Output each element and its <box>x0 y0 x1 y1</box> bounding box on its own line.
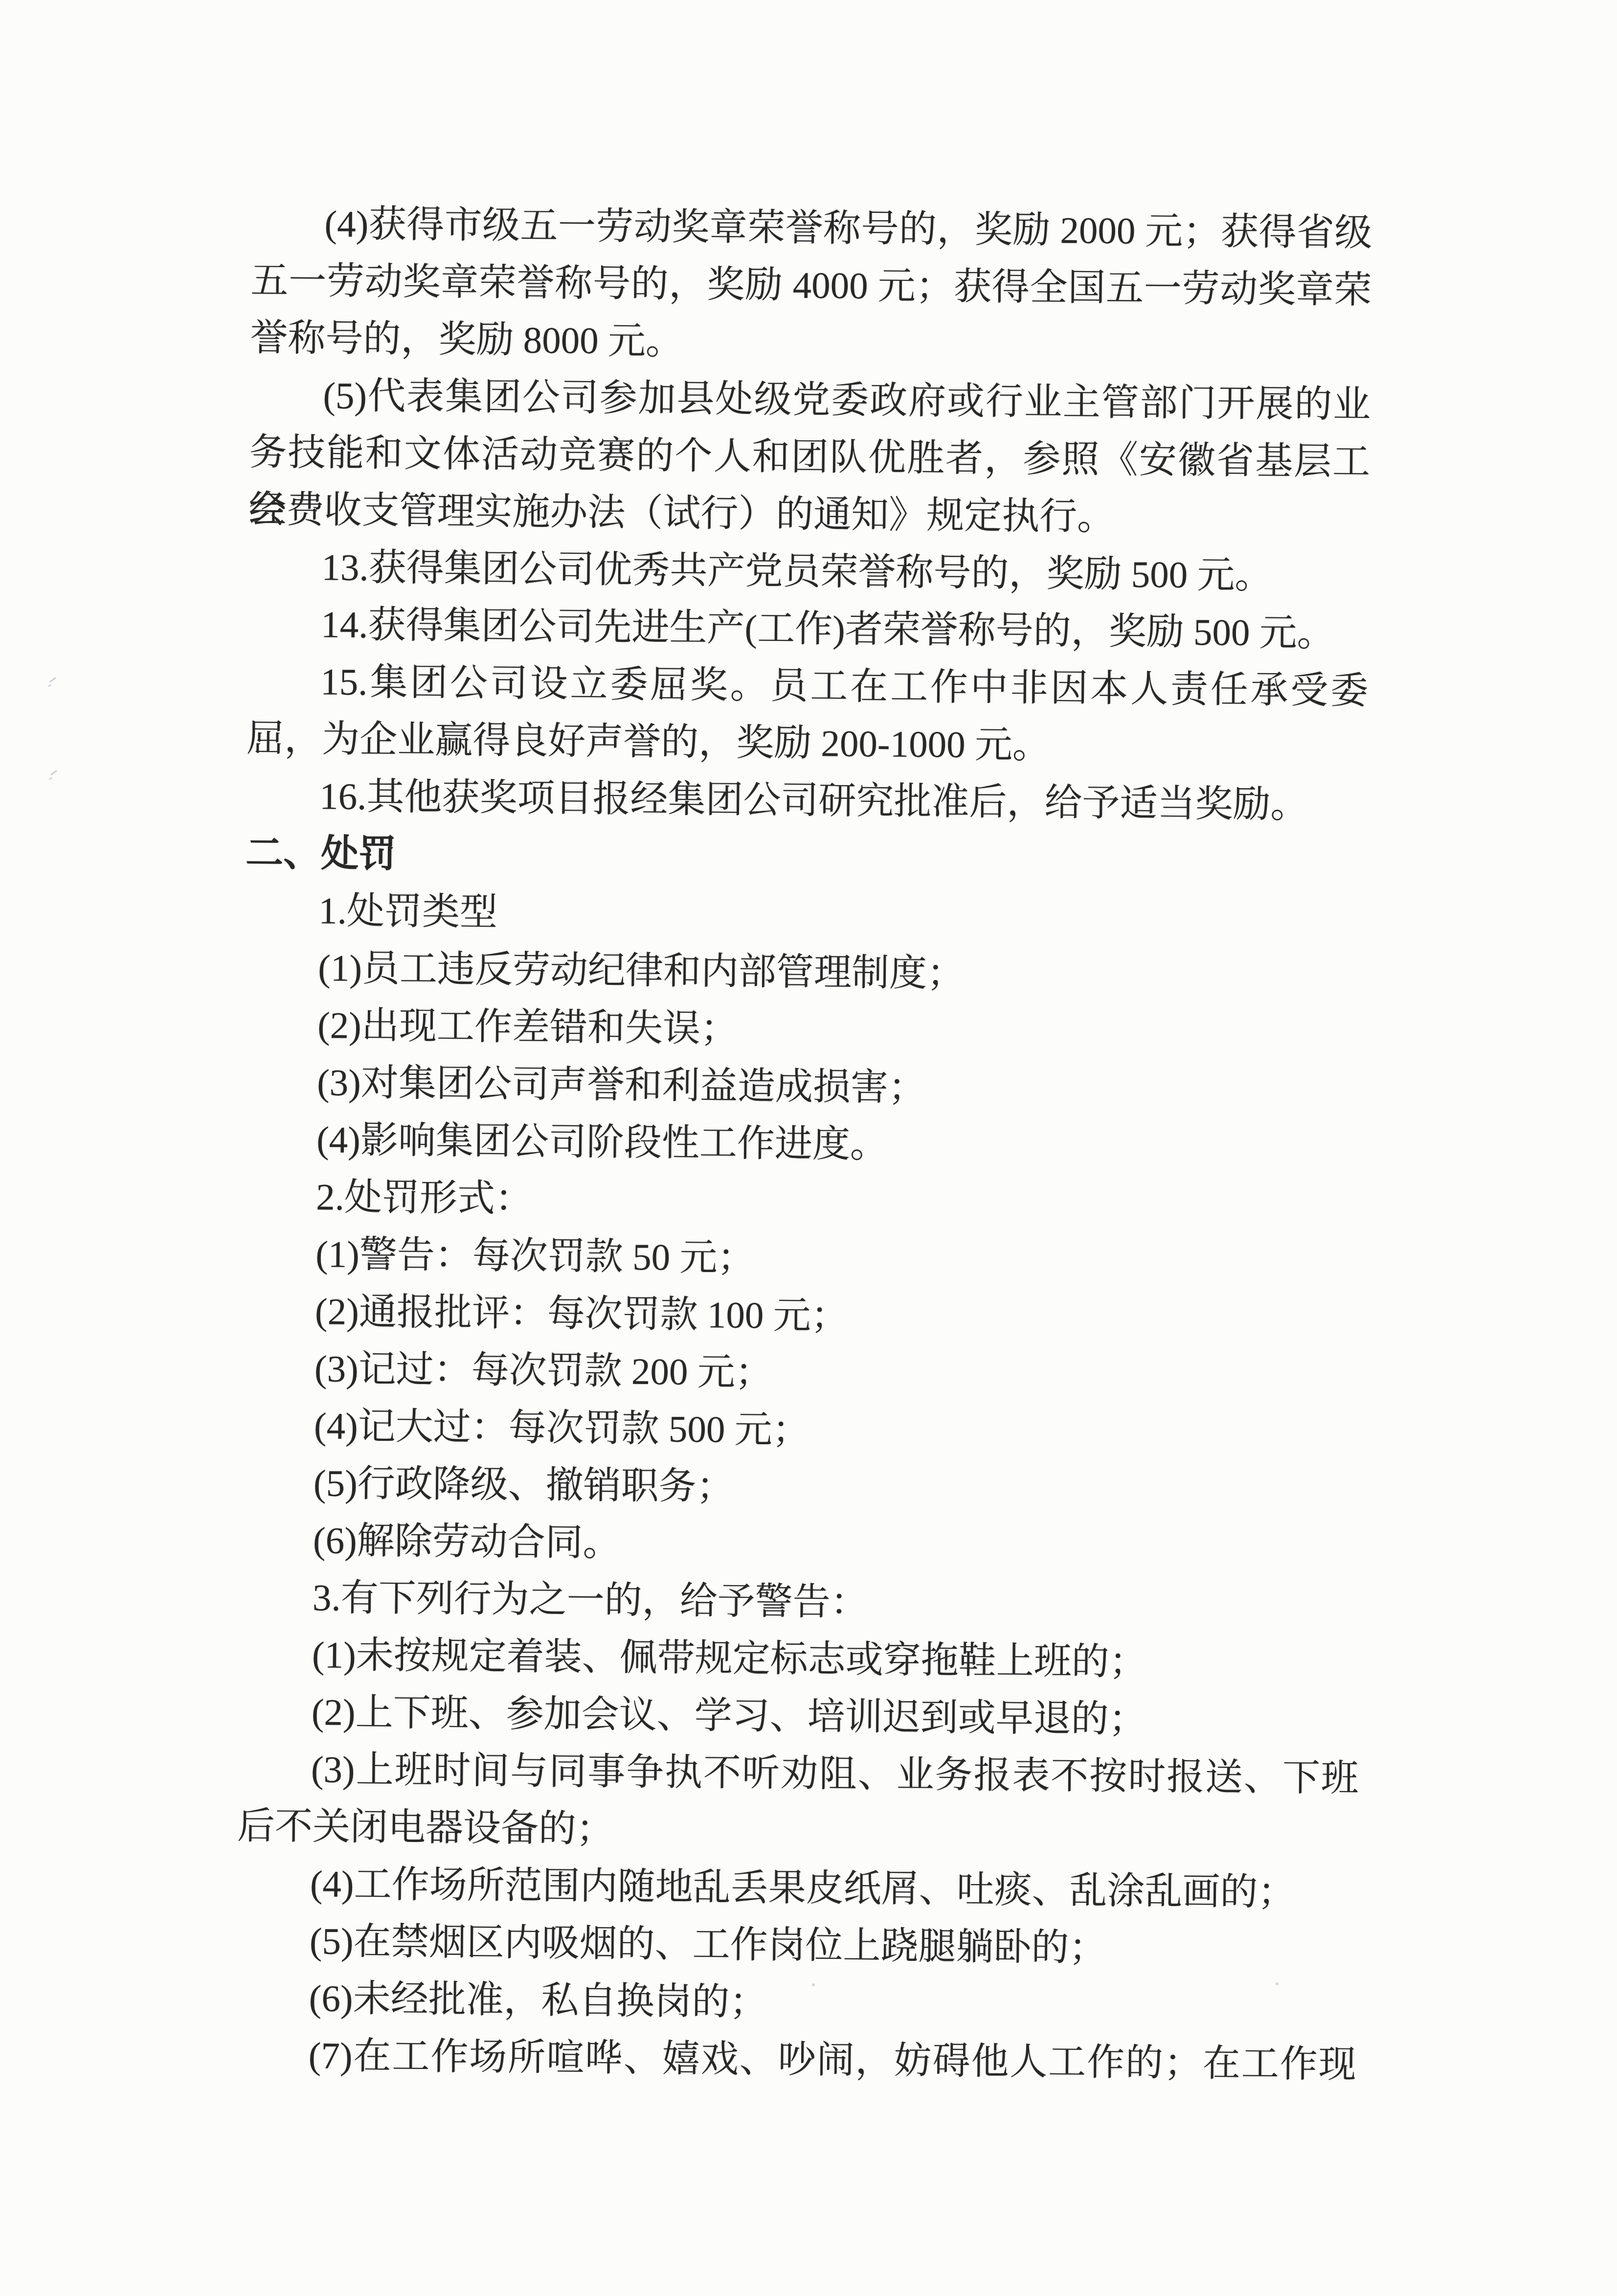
text-line: (4)工作场所范围内随地乱丢果皮纸屑、吐痰、乱涂乱画的； <box>236 1855 1358 1922</box>
text-line: (5)行政降级、撤销职务； <box>240 1454 1362 1521</box>
text-line: (6)解除劳动合同。 <box>239 1511 1361 1578</box>
text-line: 15.集团公司设立委屈奖。员工在工作中非因本人责任承受委 <box>247 653 1369 720</box>
text-line: (2)出现工作差错和失误； <box>244 996 1366 1063</box>
document-text-block: (4)获得市级五一劳动奖章荣誉称号的，奖励 2000 元；获得省级五一劳动奖章荣… <box>235 195 1372 2093</box>
scan-speck <box>50 772 58 773</box>
text-line: (1)员工违反劳动纪律和内部管理制度； <box>245 939 1366 1006</box>
text-line: (3)上班时间与同事争执不听劝阻、业务报表不按时报送、下班 <box>237 1740 1359 1807</box>
scanned-page: (4)获得市级五一劳动奖章荣誉称号的，奖励 2000 元；获得省级五一劳动奖章荣… <box>0 0 1617 2296</box>
text-line: (3)对集团公司声誉和利益造成损害； <box>244 1053 1365 1120</box>
text-line: (4)获得市级五一劳动奖章荣誉称号的，奖励 2000 元；获得省级 <box>251 195 1372 262</box>
text-line: 2.处罚形式： <box>243 1168 1364 1235</box>
text-line: 14.获得集团公司先进生产(工作)者荣誉称号的，奖励 500 元。 <box>247 595 1369 662</box>
text-line: 13.获得集团公司优秀共产党员荣誉称号的，奖励 500 元。 <box>248 538 1370 605</box>
text-line: (2)通报批评：每次罚款 100 元； <box>242 1282 1363 1349</box>
text-line: 16.其他获奖项目报经集团公司研究批准后，给予适当奖励。 <box>246 767 1368 834</box>
text-line: (4)记大过：每次罚款 500 元； <box>241 1397 1362 1464</box>
text-line: (1)警告：每次罚款 50 元； <box>242 1225 1364 1292</box>
text-line: 誉称号的，奖励 8000 元。 <box>250 309 1371 376</box>
text-line: (4)影响集团公司阶段性工作进度。 <box>243 1111 1365 1178</box>
text-line: (7)在工作场所喧哗、嬉戏、吵闹，妨碍他人工作的；在工作现 <box>235 2026 1356 2093</box>
scan-speck-mark <box>50 770 58 776</box>
text-line: (3)记过：每次罚款 200 元； <box>241 1340 1363 1407</box>
text-line: (6)未经批准，私自换岗的； <box>235 1969 1357 2036</box>
text-line: (2)上下班、参加会议、学习、培训迟到或早退的； <box>238 1683 1359 1750</box>
scan-speck <box>49 679 57 681</box>
text-line: 务技能和文体活动竞赛的个人和团队优胜者，参照《安徽省基层工会 <box>249 424 1370 491</box>
text-line: 屈，为企业赢得良好声誉的，奖励 200-1000 元。 <box>247 710 1368 777</box>
text-line: (5)代表集团公司参加县处级党委政府或行业主管部门开展的业 <box>249 366 1371 433</box>
text-line: (1)未按规定着装、佩带规定标志或穿拖鞋上班的； <box>238 1626 1360 1693</box>
section-heading-punishment: 二、处罚 <box>246 824 1367 891</box>
text-line: 3.有下列行为之一的，给予警告： <box>239 1569 1360 1636</box>
scan-speck-mark <box>49 677 57 683</box>
text-line: (5)在禁烟区内吸烟的、工作岗位上跷腿躺卧的； <box>236 1912 1357 1979</box>
text-line: 后不关闭电器设备的； <box>237 1797 1358 1864</box>
text-line: 1.处罚类型 <box>245 882 1367 949</box>
text-line: 五一劳动奖章荣誉称号的，奖励 4000 元；获得全国五一劳动奖章荣 <box>250 252 1372 319</box>
text-line: 经费收支管理实施办法（试行）的通知》规定执行。 <box>248 481 1370 548</box>
